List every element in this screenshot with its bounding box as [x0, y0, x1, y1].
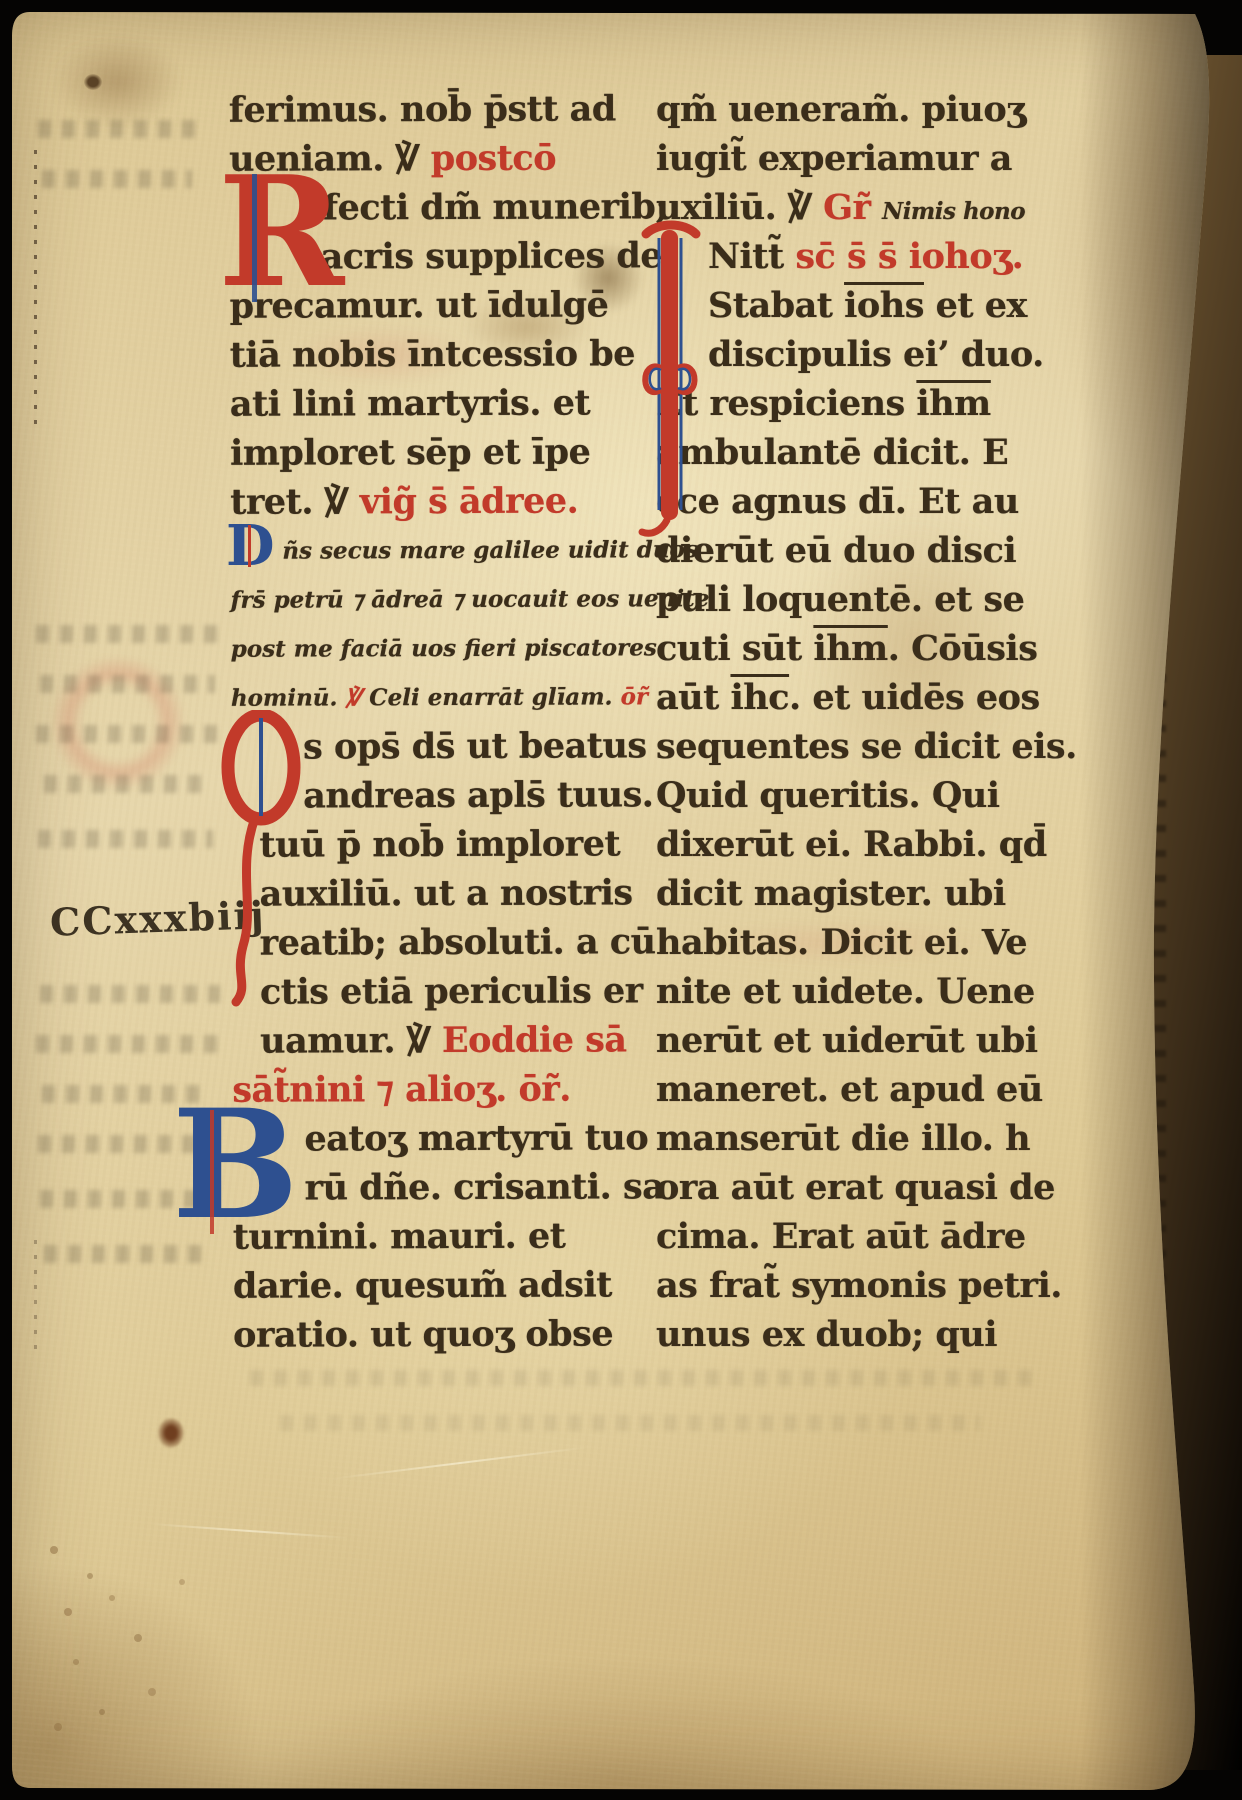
text-segment: nite et uidete. Uene [656, 971, 1035, 1012]
text-line: discipulis ei’ duo. [656, 330, 1076, 379]
text-segment: . Cōūsis [888, 628, 1038, 669]
parchment-freckles [40, 1540, 44, 1544]
text-line: uamur. ℣ Eoddie sā [232, 1015, 664, 1066]
text-segment: ora aūt erat quasi de [656, 1167, 1055, 1208]
text-line: ati lini martyris. et [230, 378, 662, 429]
initial-letter-D: D [226, 518, 275, 574]
text-line: dixerūt ei. Rabbi. qd̄ [656, 820, 1076, 869]
text-segment: Nimis hono [882, 198, 1025, 225]
text-segment: imploret sēp et īpe [230, 431, 590, 473]
text-segment: Eoddie sā [442, 1019, 627, 1061]
text-line: nite et uidete. Uene [656, 967, 1076, 1016]
text-segment: et ex [924, 285, 1027, 326]
show-through-text [36, 1035, 221, 1053]
text-line: habitas. Dicit ei. Ve [656, 918, 1076, 967]
text-line: dierūt eū duo disci [656, 526, 1076, 575]
text-segment: Stabat [708, 285, 844, 326]
text-segment: dixerūt ei. Rabbi. qd̄ [656, 824, 1047, 865]
text-line: nerūt et uiderūt ubi [656, 1016, 1076, 1065]
scratch-mark [150, 1523, 350, 1539]
text-line: ora aūt erat quasi de [656, 1163, 1076, 1212]
parchment-page: CCxxxbiij ferimus. nob̄ p̄stt adueniam. … [0, 0, 1242, 1800]
show-through-text [44, 775, 204, 793]
text-line: cce agnus dī. Et au [656, 477, 1076, 526]
show-through-text [38, 120, 198, 138]
text-segment: . et uidēs eos [789, 677, 1040, 718]
text-segment: manserūt die illo. h [656, 1118, 1030, 1159]
text-segment: ambulantē dicit. E [656, 432, 1008, 473]
initial-letter-B: B [172, 1088, 299, 1243]
text-segment: maneret. et apud eū [656, 1069, 1043, 1110]
text-segment: cuti sūt [656, 628, 813, 669]
text-line: ferimus. nob̄ p̄stt ad [229, 84, 661, 135]
text-segment: ñs secus mare galilee uidit duos [282, 536, 698, 564]
text-line: maneret. et apud eū [656, 1065, 1076, 1114]
text-segment: frs̄ petrū ⁊ ādreā ⁊ uocauit eos uenite [231, 585, 710, 614]
text-segment: ōr̃ [620, 683, 648, 710]
text-segment: ℣ [345, 684, 369, 711]
text-line: cima. Erat aūt ādre [656, 1212, 1076, 1261]
text-segment: as frat̃ symonis petri. [656, 1265, 1062, 1306]
text-segment: rū dñe. crisanti. sa [305, 1166, 665, 1208]
show-through-text [36, 725, 221, 743]
text-segment: iohs [844, 285, 924, 326]
stain [52, 34, 182, 129]
text-line: sequentes se dicit eis. [656, 722, 1076, 771]
text-segment: habitas. Dicit ei. Ve [656, 922, 1027, 963]
manuscript-photo: CCxxxbiij ferimus. nob̄ p̄stt adueniam. … [0, 0, 1242, 1800]
initial-glyph: B [172, 1077, 299, 1253]
text-segment: Nitt̃ [708, 236, 795, 277]
text-line: frs̄ petrū ⁊ ādreā ⁊ uocauit eos uenite [230, 574, 662, 625]
text-segment: auxiliū. ut a nostris [260, 872, 633, 914]
text-line: aūt ihc. et uidēs eos [656, 673, 1076, 722]
text-segment: postcō [431, 138, 557, 179]
text-segment: efecti dm̃ munerib; [301, 186, 668, 228]
red-offset-ring [48, 648, 188, 798]
text-line: manserūt die illo. h [656, 1114, 1076, 1163]
text-line: Quid queritis. Qui [656, 771, 1076, 820]
show-through-text [38, 830, 213, 848]
text-segment: Celi enarrāt glīam. [369, 683, 620, 711]
text-line: ambulantē dicit. E [656, 428, 1076, 477]
initial-blue-stripe [252, 174, 257, 302]
text-segment: aūt [656, 677, 730, 718]
text-line: tiā nobis īntcessio be [230, 329, 662, 380]
text-segment: ihc [730, 677, 789, 718]
text-segment: uamur. ℣ [260, 1020, 442, 1062]
text-segment: andreas apls̄ tuus. [303, 774, 653, 816]
text-segment: unus ex duob; qui [656, 1314, 997, 1355]
text-line: imploret sēp et īpe [230, 427, 662, 478]
text-line: darie. quesum̃ adsit [233, 1260, 665, 1311]
text-segment: post me faciā uos fieri piscatores [231, 634, 657, 662]
initial-red-stripe [248, 525, 251, 567]
scratch-mark [331, 1446, 589, 1480]
ink-spot [158, 1418, 184, 1448]
text-segment: tuū p̄ nob̄ imploret [259, 823, 620, 865]
text-line: uxiliū. ℣ Gr̃ Nimis hono [656, 183, 1076, 232]
initial-letter-Q [219, 710, 303, 1010]
initial-red-stripe [210, 1110, 214, 1234]
show-through-text [250, 1370, 1040, 1386]
text-line: unus ex duob; qui [656, 1310, 1076, 1359]
text-line: Nitt̃ sc̄ s̄ s̄ iohoʒ. [656, 232, 1076, 281]
text-segment: reatib; absoluti. a cū [260, 921, 656, 963]
right-text-column: qm̃ ueneram̃. piuoʒiugit̃ experiamur aux… [656, 85, 1076, 1359]
show-through-text [36, 625, 221, 643]
text-segment: eatoʒ martyrū tuo [304, 1117, 648, 1159]
text-segment: sequentes se dicit eis. [656, 726, 1077, 767]
sewing-prickings [34, 1240, 37, 1360]
text-segment: oratio. ut quoʒ obse [233, 1313, 613, 1355]
text-segment: ihm [813, 628, 887, 669]
text-segment: tiā nobis īntcessio be [230, 333, 635, 375]
text-segment: s ops̄ ds̄ ut beatus [303, 725, 647, 767]
text-segment: ferimus. nob̄ p̄stt ad [229, 88, 616, 130]
ink-spot [84, 74, 102, 90]
show-through-text [280, 1415, 980, 1431]
show-through-text [40, 675, 215, 693]
text-line: qm̃ ueneram̃. piuoʒ [656, 85, 1076, 134]
text-segment: cce agnus dī. Et au [656, 481, 1019, 522]
text-segment: qm̃ ueneram̃. piuoʒ [656, 89, 1026, 130]
text-segment: dicit magister. ubi [656, 873, 1006, 914]
text-segment: ati lini martyris. et [230, 382, 590, 424]
text-segment: ihm [916, 383, 990, 424]
text-line: iugit̃ experiamur a [656, 134, 1076, 183]
text-line: cuti sūt ihm. Cōūsis [656, 624, 1076, 673]
sewing-prickings [34, 150, 37, 435]
text-segment: hominū. [231, 684, 346, 711]
text-line: as frat̃ symonis petri. [656, 1261, 1076, 1310]
text-segment: discipulis ei’ duo. [708, 334, 1044, 375]
text-segment: vig̃ s̄ ādree. [360, 481, 579, 523]
text-segment: Quid queritis. Qui [656, 775, 1000, 816]
initial-letter-I [634, 220, 706, 540]
text-segment: cima. Erat aūt ādre [656, 1216, 1026, 1257]
text-line: ñs secus mare galilee uidit duos [230, 525, 662, 576]
text-segment: ctis etiā periculis er [260, 970, 643, 1012]
text-segment: Gr̃ [823, 187, 882, 228]
text-segment: sacris supplices de [301, 235, 662, 277]
text-segment: dierūt eū duo disci [656, 530, 1016, 571]
text-segment: nerūt et uiderūt ubi [656, 1020, 1038, 1061]
text-segment: sc̄ s̄ s̄ iohoʒ. [795, 236, 1023, 277]
text-segment: puli loquentē. et se [656, 579, 1024, 620]
text-line: oratio. ut quoʒ obse [233, 1309, 665, 1360]
text-line: Et respiciens ihm [656, 379, 1076, 428]
show-through-text [40, 985, 220, 1003]
text-line: dicit magister. ubi [656, 869, 1076, 918]
text-line: tret. ℣ vig̃ s̄ ādree. [230, 476, 662, 527]
initial-i-drawing [634, 220, 706, 540]
initial-glyph: R [218, 142, 344, 321]
initial-letter-R: R [218, 152, 344, 312]
text-line: puli loquentē. et se [656, 575, 1076, 624]
initial-q-drawing [219, 710, 303, 1010]
text-segment: darie. quesum̃ adsit [233, 1264, 612, 1306]
text-segment: iugit̃ experiamur a [656, 138, 1012, 179]
text-line: post me faciā uos fieri piscatores [231, 623, 663, 674]
text-line: Stabat iohs et ex [656, 281, 1076, 330]
show-through-text [42, 170, 192, 188]
